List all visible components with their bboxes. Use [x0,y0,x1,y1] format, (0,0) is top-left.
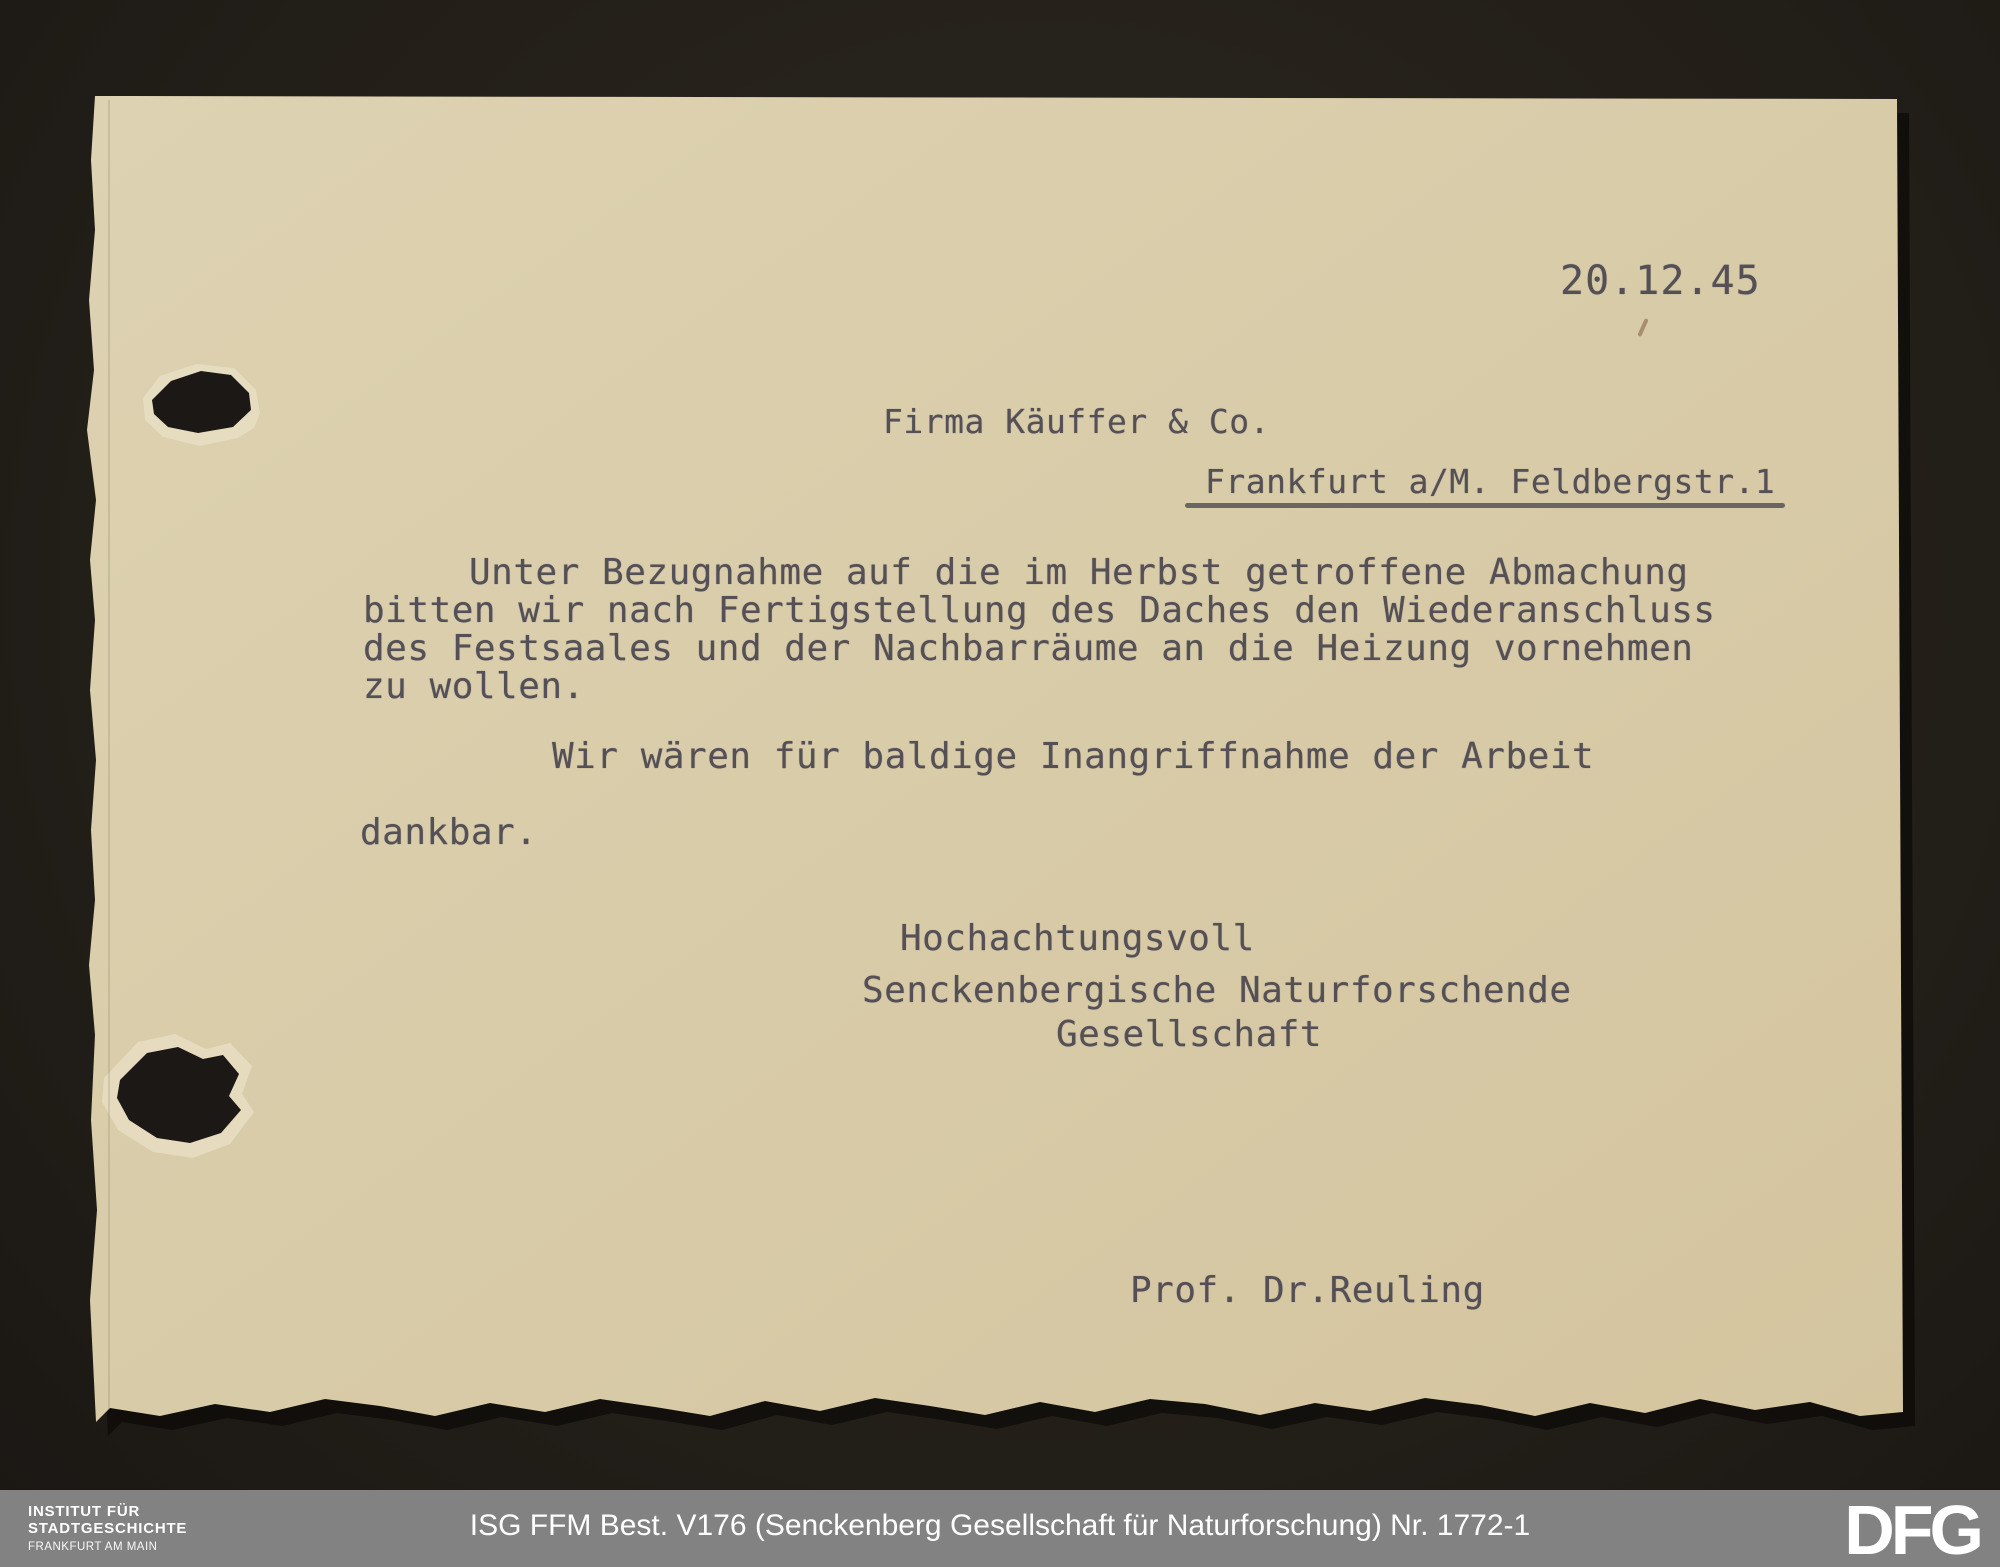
paper-crease [108,100,110,1410]
body-paragraph1-line3: des Festsaales und der Nachbarräume an d… [363,628,1693,669]
body-paragraph2-line2: dankbar. [360,812,537,853]
archive-caption: ISG FFM Best. V176 (Senckenberg Gesellsc… [0,1509,2000,1543]
closing-line-2: Senckenbergische Naturforschende [862,970,1572,1011]
archive-scan-page: 20.12.45 Firma Käuffer & Co. Frankfurt a… [0,0,2000,1567]
letter-date: 20.12.45 [1560,258,1761,304]
footer-bar: INSTITUT FÜR STADTGESCHICHTE FRANKFURT A… [0,1490,2000,1567]
recipient-line-2: Frankfurt a/M. Feldbergstr.1 [1205,462,1775,501]
recipient-line-1: Firma Käuffer & Co. [883,402,1270,441]
letter-paper [0,0,2000,1567]
body-paragraph1-line2: bitten wir nach Fertigstellung des Dache… [363,590,1716,631]
body-paragraph1-line1: Unter Bezugnahme auf die im Herbst getro… [469,552,1689,593]
signature-text: Prof. Dr.Reuling [1130,1270,1485,1311]
dfg-logo: DFG [1844,1490,1980,1567]
closing-line-3: Gesellschaft [1056,1014,1322,1055]
address-underline [1185,503,1785,508]
body-paragraph1-line4: zu wollen. [363,666,585,707]
body-paragraph2-line1: Wir wären für baldige Inangriffnahme der… [552,736,1594,777]
closing-line-1: Hochachtungsvoll [900,918,1255,959]
